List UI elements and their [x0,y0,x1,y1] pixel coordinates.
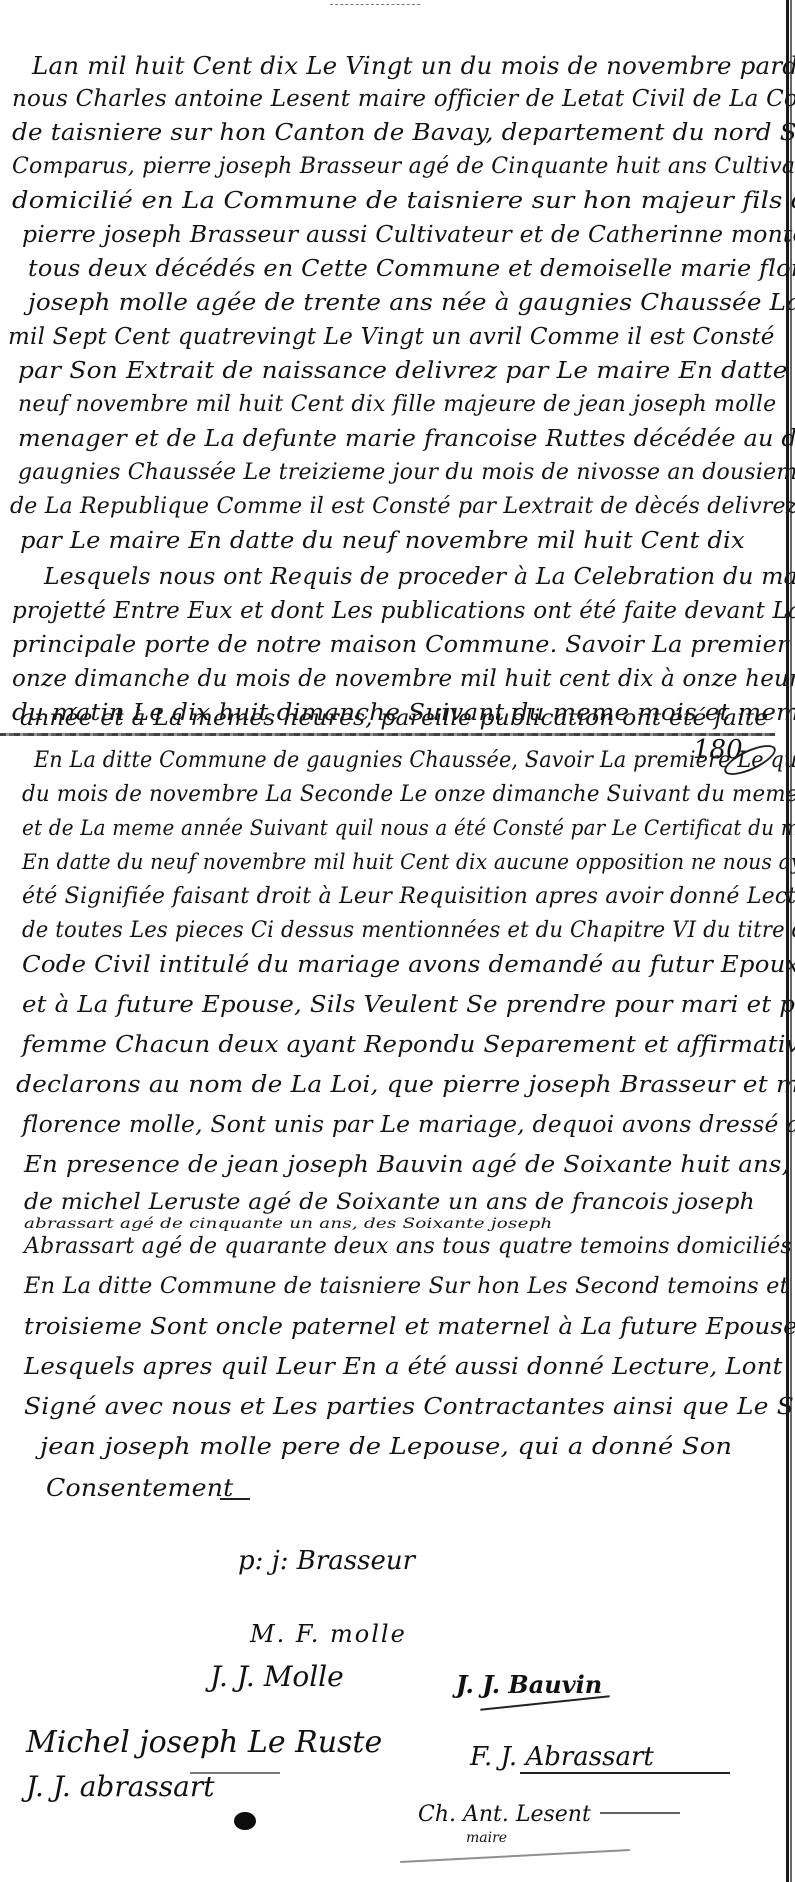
signature-mayor-title: maire [466,1830,507,1846]
text-line: femme Chacun deux ayant Repondu Separeme… [22,1032,795,1058]
text-line: pierre joseph Brasseur aussi Cultivateur… [22,222,795,248]
text-line: et à La future Epouse, Sils Veulent Se p… [22,992,795,1018]
signature-witness-abrassart-2: F. J. Abrassart [470,1742,654,1772]
register-page-1: Lan mil huit Cent dix Le Vingt un du moi… [0,0,795,738]
text-line: été Signifiée faisant droit à Leur Requi… [22,884,795,909]
text-line: neuf novembre mil huit Cent dix fille ma… [18,392,776,417]
text-line: Lan mil huit Cent dix Le Vingt un du moi… [32,52,795,80]
signature-flourish [190,1772,280,1774]
signature-flourish [520,1772,730,1774]
text-line: Comparus, pierre joseph Brasseur agé de … [12,154,795,179]
text-line: En datte du neuf novembre mil huit Cent … [22,850,795,874]
text-line: jean joseph molle pere de Lepouse, qui a… [40,1434,732,1460]
closing-dash [220,1498,250,1500]
register-page-2: En La ditte Commune de gaugnies Chaussée… [0,738,795,1882]
text-line: principale porte de notre maison Commune… [12,632,795,658]
text-line: joseph molle agée de trente ans née à ga… [28,290,795,316]
text-line: mil Sept Cent quatrevingt Le Vingt un av… [8,324,775,350]
text-line: projetté Entre Eux et dont Les publicati… [12,598,795,624]
signature-bride: M. F. molle [250,1620,407,1648]
text-line: menager et de La defunte marie francoise… [18,426,795,452]
signature-witness-abrassart-1: J. J. abrassart [26,1770,214,1803]
page-right-border [786,738,789,1882]
text-line: du mois de novembre La Seconde Le onze d… [22,782,795,807]
text-line: Abrassart agé de quarante deux ans tous … [24,1234,792,1259]
signature-witness-leruste: Michel joseph Le Ruste [26,1725,382,1760]
binding-edge [790,0,792,1882]
text-line: En La ditte Commune de gaugnies Chaussée… [34,748,795,773]
page-header-mark [330,0,420,5]
text-line: florence molle, Sont unis par Le mariage… [22,1112,795,1138]
signature-mayor: Ch. Ant. Lesent [418,1802,591,1827]
text-line: declarons au nom de La Loi, que pierre j… [16,1072,795,1098]
page-right-border [786,0,789,738]
text-line: et de La meme année Suivant quil nous a … [22,816,795,840]
text-line: onze dimanche du mois de novembre mil hu… [12,666,795,692]
text-line: Lesquels nous ont Requis de proceder à L… [44,564,795,590]
text-line: de toutes Les pieces Ci dessus mentionné… [22,918,795,943]
text-line: Consentement [46,1474,233,1502]
text-line: année et à La memes heures, pareille pub… [20,706,768,731]
text-line: tous deux décédés en Cette Commune et de… [28,256,795,282]
text-line: troisieme Sont oncle paternel et materne… [24,1314,795,1340]
signature-witness-bauvin: J. J. Bauvin [456,1670,602,1699]
text-line: En presence de jean joseph Bauvin agé de… [24,1152,790,1178]
text-line: domicilié en La Commune de taisniere sur… [12,188,795,214]
page-break-line [0,733,775,736]
text-line: Signé avec nous et Les parties Contracta… [24,1394,795,1420]
text-line: par Le maire En datte du neuf novembre m… [20,528,745,554]
text-line: gaugnies Chaussée Le treizieme jour du m… [18,460,795,485]
text-line: abrassart agé de cinquante un ans, des S… [24,1216,553,1232]
text-line: Lesquels apres quil Leur En a été aussi … [24,1354,783,1380]
text-line: de taisniere sur hon Canton de Bavay, de… [12,120,795,146]
signature-father-of-bride: J. J. Molle [210,1660,344,1693]
text-line: En La ditte Commune de taisniere Sur hon… [24,1274,795,1299]
text-line: de La Republique Comme il est Consté par… [10,494,795,519]
text-line: par Son Extrait de naissance delivrez pa… [18,358,795,384]
text-line: nous Charles antoine Lesent maire offici… [12,86,795,112]
text-line: Code Civil intitulé du mariage avons dem… [22,952,795,978]
signature-flourish [600,1812,680,1814]
signature-groom: p: j: Brasseur [238,1546,415,1576]
text-line: de michel Leruste agé de Soixante un ans… [24,1190,755,1215]
ink-blot [234,1812,256,1830]
